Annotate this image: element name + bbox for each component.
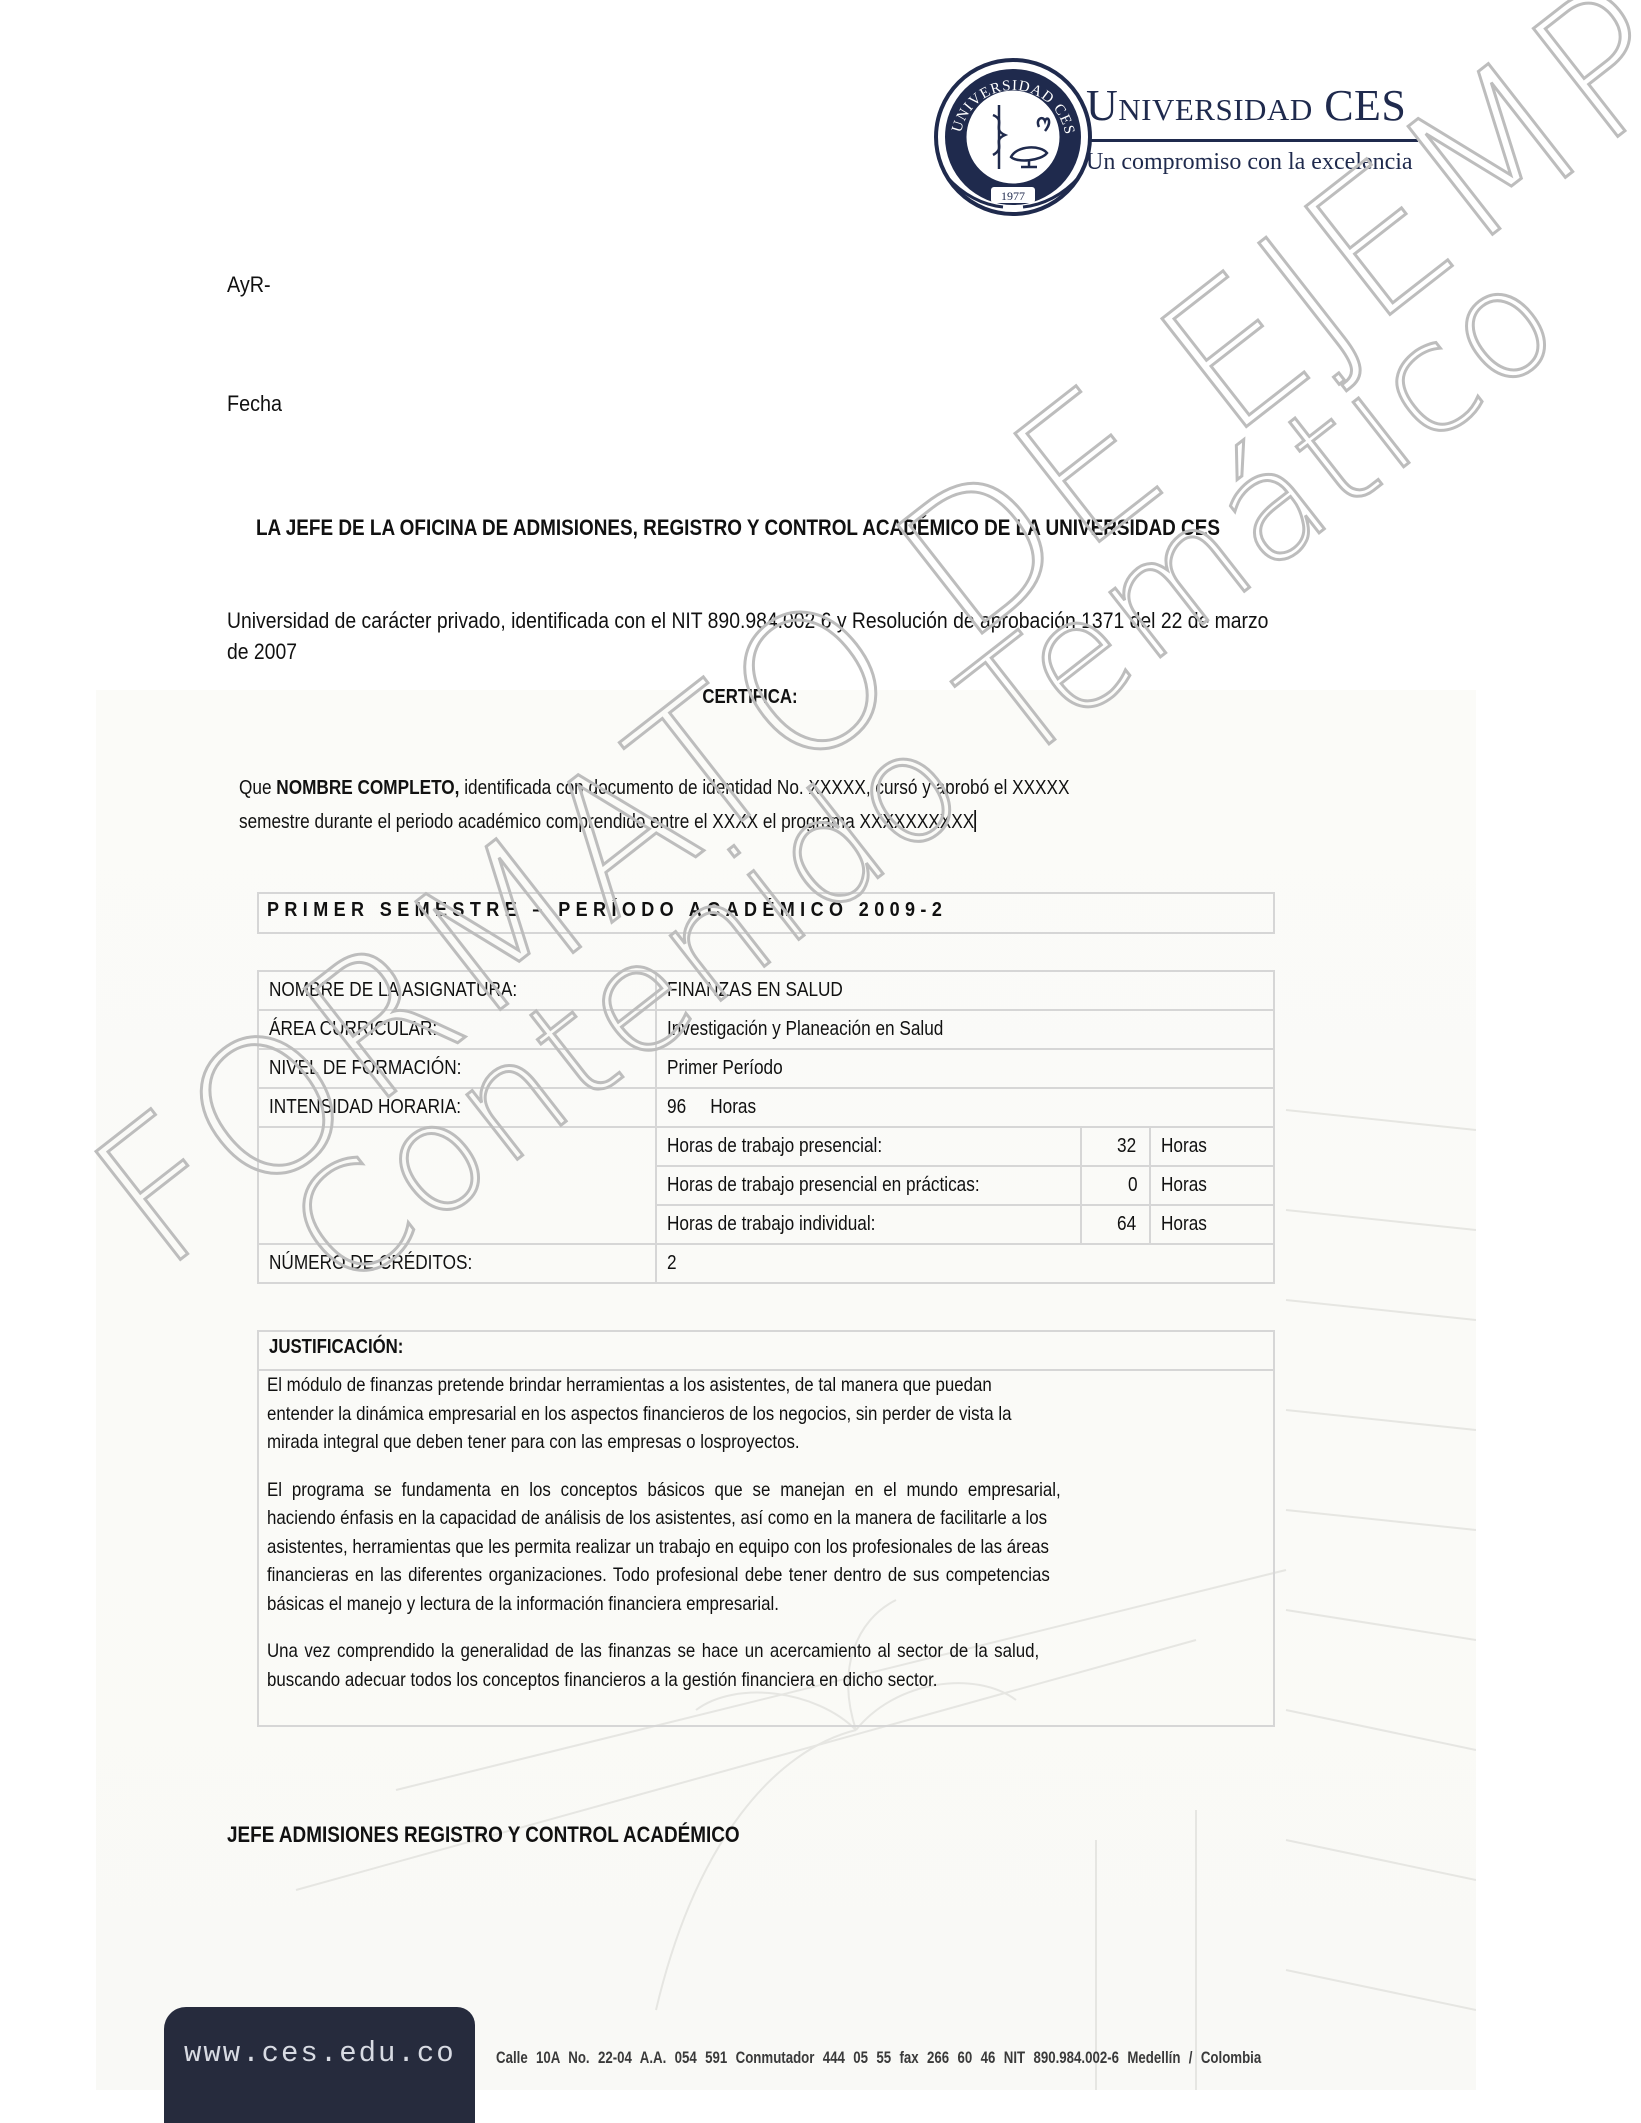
justification-title: JUSTIFICACIÓN:	[269, 1336, 403, 1359]
justification-box: JUSTIFICACIÓN: El módulo de finanzas pre…	[257, 1330, 1275, 1727]
row-value: 96Horas	[656, 1088, 1274, 1127]
period-title: PRIMER SEMESTRE – PERÍODO ACADÉMICO 2009…	[267, 899, 947, 922]
certificate-line-2-text: semestre durante el periodo académico co…	[239, 811, 974, 833]
certificate-prefix: Que	[239, 777, 276, 799]
row-label: NOMBRE DE LA ASIGNATURA:	[258, 971, 656, 1010]
footer-address: Calle 10A No. 22-04 A.A. 054 591 Conmuta…	[496, 2048, 1261, 2068]
hours-breakdown-label: Horas de trabajo individual:	[656, 1205, 1081, 1244]
justification-paragraph: Una vez comprendido la generalidad de la…	[267, 1637, 1265, 1694]
brand-tagline: Un compromiso con la excelencia	[1086, 148, 1418, 176]
intro-line: Universidad de carácter privado, identif…	[227, 605, 1283, 636]
row-label: NÚMERO DE CRÉDITOS:	[258, 1244, 656, 1283]
table-row: ÁREA CURRICULAR: Investigación y Planeac…	[258, 1010, 1274, 1049]
table-row: NOMBRE DE LA ASIGNATURA: FINANZAS EN SAL…	[258, 971, 1274, 1010]
svg-text:1977: 1977	[1001, 189, 1025, 203]
total-hours-unit: Horas	[710, 1096, 756, 1118]
website-tab: www.ces.edu.co	[164, 2007, 475, 2123]
hours-breakdown-label: Horas de trabajo presencial:	[656, 1127, 1081, 1166]
certificate-line-2: semestre durante el periodo académico co…	[239, 805, 1069, 839]
period-title-box: PRIMER SEMESTRE – PERÍODO ACADÉMICO 2009…	[257, 892, 1275, 934]
justification-header: JUSTIFICACIÓN:	[259, 1332, 1273, 1371]
justification-paragraph: El módulo de finanzas pretende brindar h…	[267, 1371, 1265, 1457]
course-info-table: NOMBRE DE LA ASIGNATURA: FINANZAS EN SAL…	[257, 970, 1275, 1284]
hours-breakdown-value: 0	[1081, 1166, 1150, 1205]
date-label: Fecha	[227, 391, 282, 417]
row-value: 2	[656, 1244, 1274, 1283]
table-row: Horas de trabajo presencial: 32 Horas	[258, 1127, 1274, 1166]
signature-title: JEFE ADMISIONES REGISTRO Y CONTROL ACADÉ…	[227, 1822, 740, 1848]
hours-breakdown-value: 32	[1081, 1127, 1150, 1166]
certifica-title: CERTIFICA:	[120, 686, 1380, 709]
table-row: INTENSIDAD HORARIA: 96Horas	[258, 1088, 1274, 1127]
university-seal-icon: UNIVERSIDAD CES 1977	[933, 57, 1093, 217]
justification-body: El módulo de finanzas pretende brindar h…	[259, 1371, 1273, 1694]
reference-code: AyR-	[227, 272, 271, 298]
hours-breakdown-unit: Horas	[1150, 1166, 1274, 1205]
certificate-line-1: Que NOMBRE COMPLETO, identificada con do…	[239, 771, 1069, 805]
certificate-statement: Que NOMBRE COMPLETO, identificada con do…	[239, 771, 1069, 839]
website-link[interactable]: www.ces.edu.co	[184, 2037, 456, 2070]
brand-name: Universidad CES	[1086, 83, 1418, 129]
row-value: FINANZAS EN SALUD	[656, 971, 1274, 1010]
row-value: Investigación y Planeación en Salud	[656, 1010, 1274, 1049]
row-label: ÁREA CURRICULAR:	[258, 1010, 656, 1049]
institution-intro: Universidad de carácter privado, identif…	[227, 605, 1283, 667]
hours-breakdown-label: Horas de trabajo presencial en prácticas…	[656, 1166, 1081, 1205]
table-row: NÚMERO DE CRÉDITOS: 2	[258, 1244, 1274, 1283]
document-heading: LA JEFE DE LA OFICINA DE ADMISIONES, REG…	[256, 515, 1220, 541]
hours-breakdown-unit: Horas	[1150, 1205, 1274, 1244]
university-logo: UNIVERSIDAD CES 1977 Universidad CES Un …	[933, 57, 1453, 222]
justification-paragraph: El programa se fundamenta en los concept…	[267, 1476, 1265, 1619]
brand-divider	[1088, 139, 1418, 142]
hours-breakdown-value: 64	[1081, 1205, 1150, 1244]
hours-breakdown-unit: Horas	[1150, 1127, 1274, 1166]
certificate-line-1-rest: identificada con documento de identidad …	[459, 777, 1069, 799]
total-hours: 96	[667, 1096, 686, 1118]
brand-block: Universidad CES Un compromiso con la exc…	[1086, 83, 1418, 176]
student-name: NOMBRE COMPLETO,	[276, 777, 459, 799]
intro-line: de 2007	[227, 636, 1283, 667]
row-label: INTENSIDAD HORARIA:	[258, 1088, 656, 1127]
text-cursor	[974, 810, 976, 832]
row-label: NIVEL DE FORMACIÓN:	[258, 1049, 656, 1088]
table-row: NIVEL DE FORMACIÓN: Primer Período	[258, 1049, 1274, 1088]
row-value: Primer Período	[656, 1049, 1274, 1088]
empty-cell	[258, 1127, 656, 1244]
